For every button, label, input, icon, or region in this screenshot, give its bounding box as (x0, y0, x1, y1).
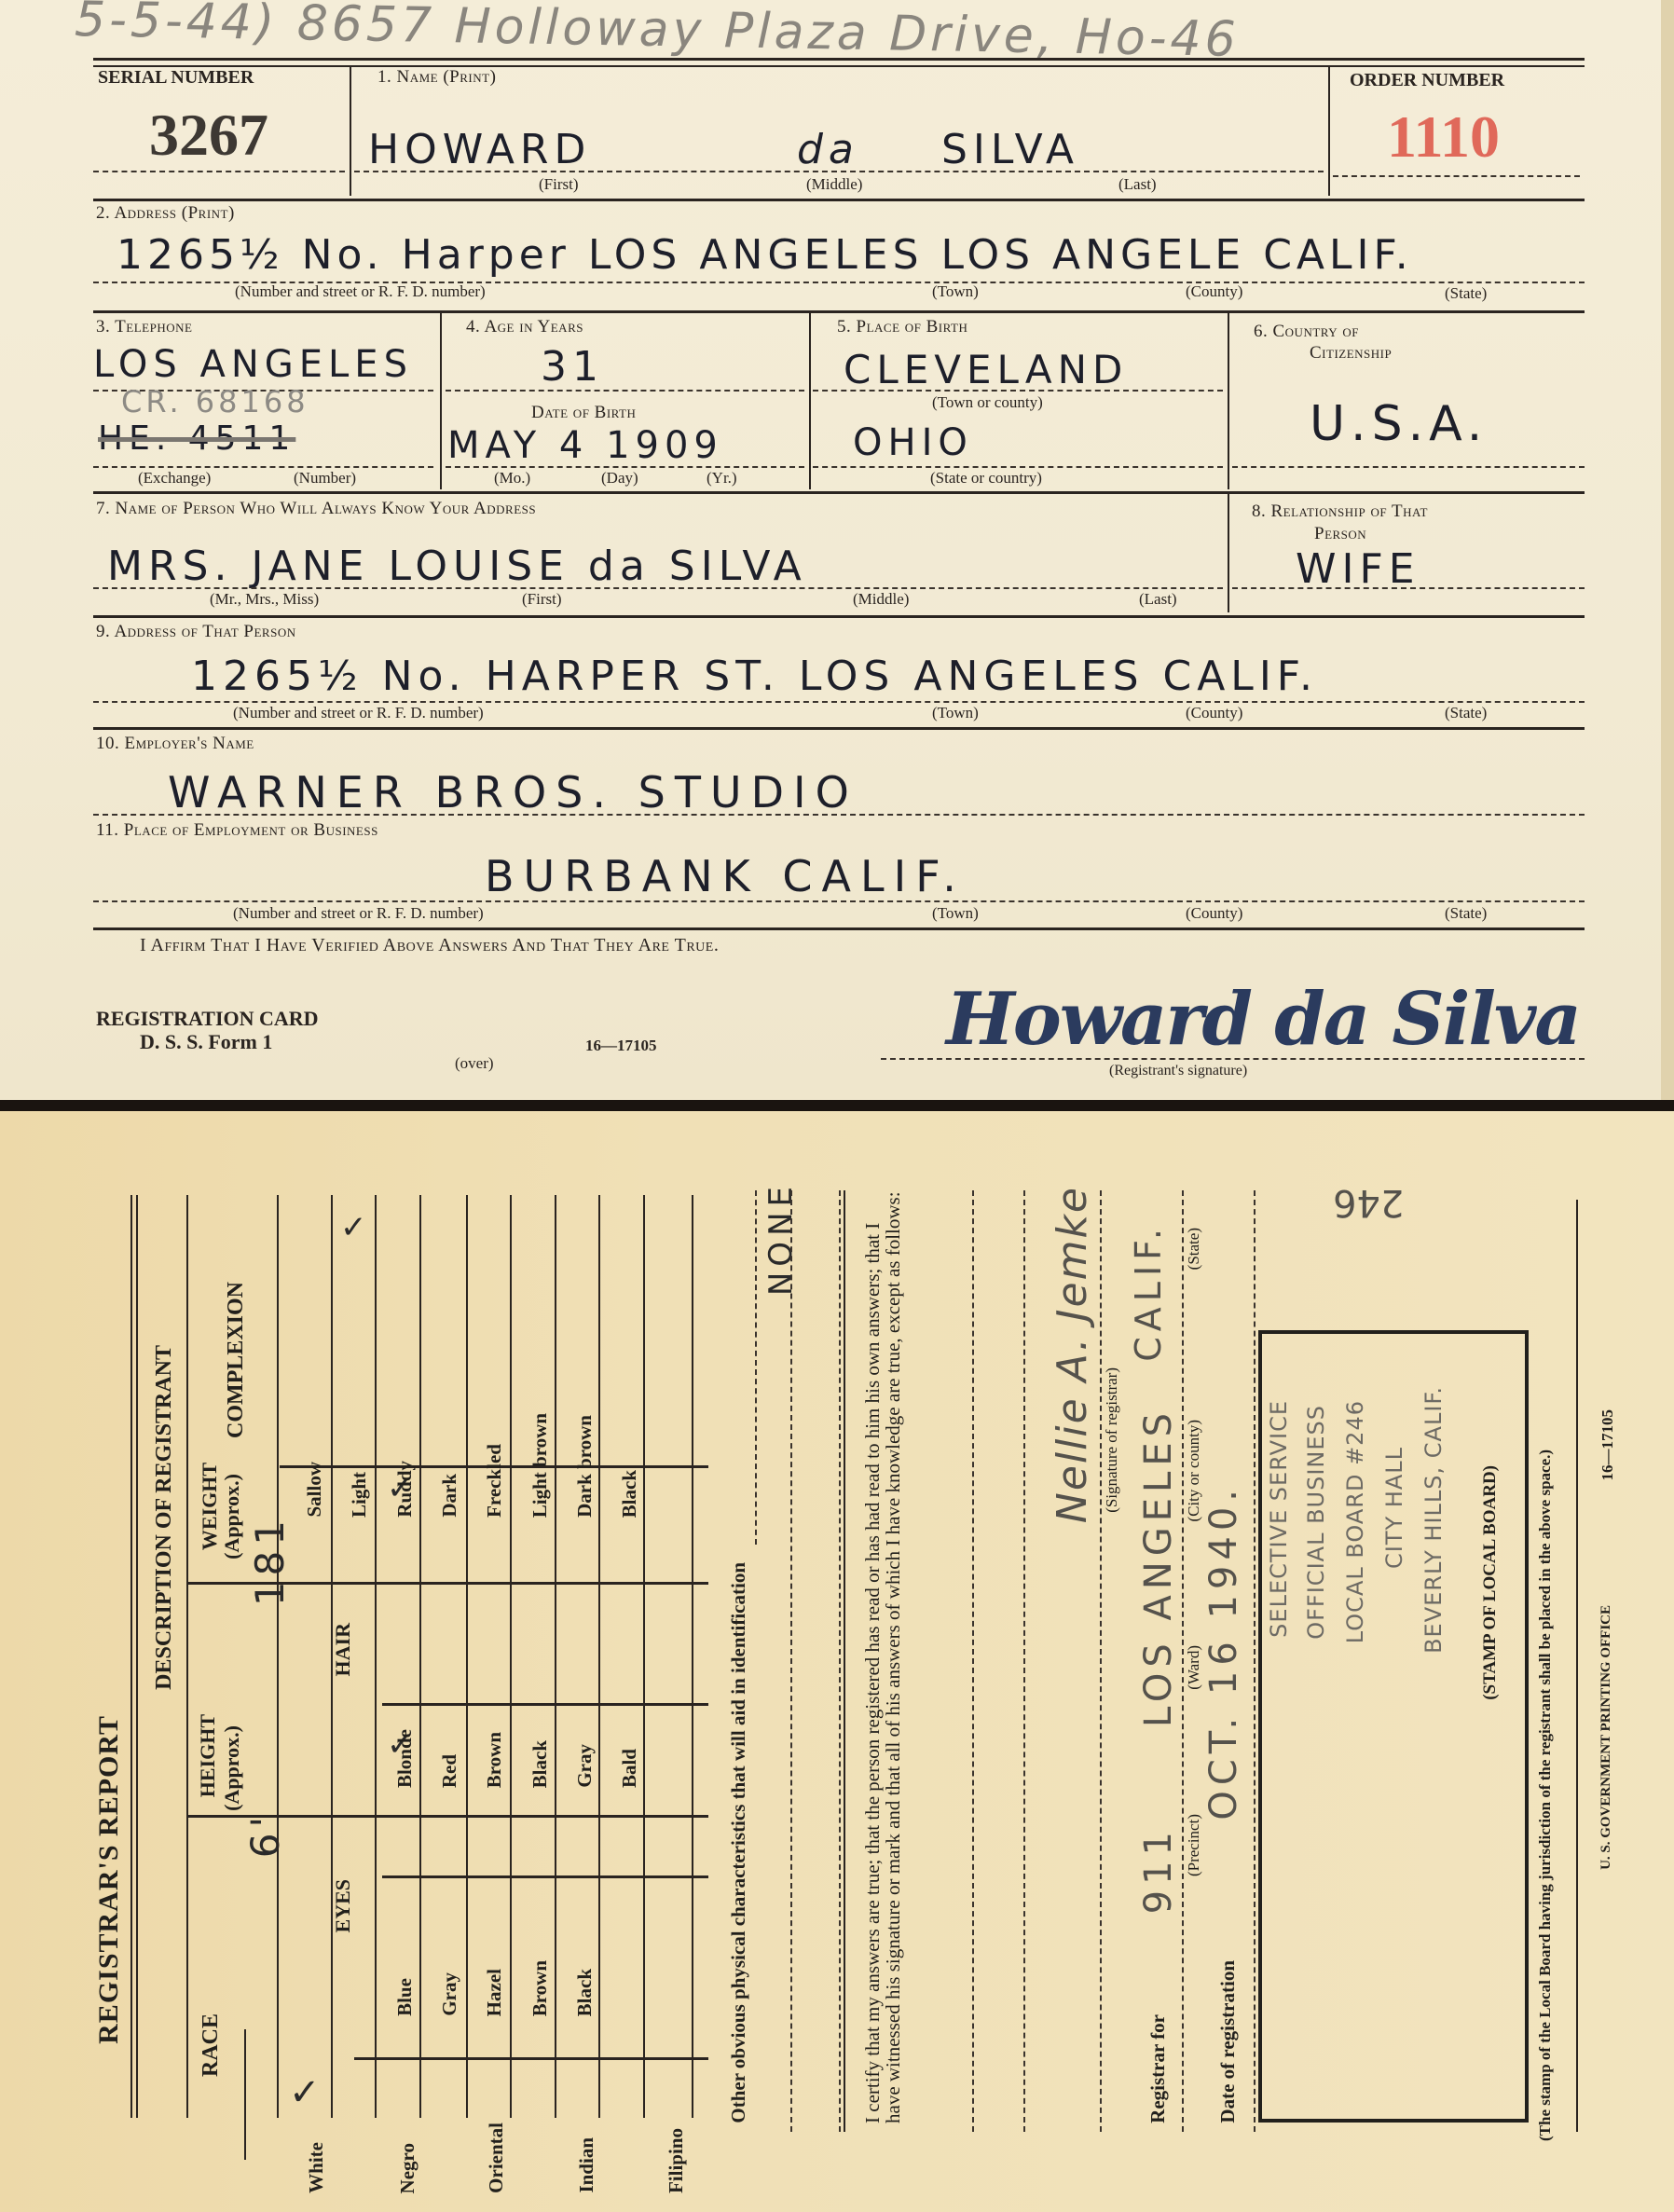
race-option-indian: Indian (575, 2137, 598, 2193)
telephone-underline-2 (93, 466, 433, 468)
rule (419, 1195, 421, 2118)
rule (382, 1875, 708, 1878)
registrar-for-label: Registrar for (1146, 2014, 1170, 2123)
height-value: 6' (242, 1811, 288, 1858)
citizenship-underline (1232, 466, 1585, 468)
birthplace-state: OHIO (853, 421, 973, 464)
number-sublabel: (Number) (294, 469, 356, 488)
ward-sublabel: (Ward) (1185, 1645, 1203, 1690)
street-sublabel: (Number and street or R. F. D. number) (233, 904, 484, 923)
order-number-label: ORDER NUMBER (1350, 70, 1504, 91)
form-title: REGISTRATION CARD (96, 1007, 319, 1031)
stamp-note: (The stamp of the Local Board having jur… (1536, 1330, 1581, 2141)
rule (186, 1195, 188, 2118)
stamp-line-2: OFFICIAL BUSINESS (1303, 1405, 1329, 1640)
complexion-option-light: Light (348, 1472, 371, 1518)
eyes-label: EYES (331, 1879, 355, 1932)
order-underline (1333, 175, 1580, 177)
age-label: 4. Age in Years (466, 317, 583, 337)
date-of-registration-value: OCT. 16 1940. (1202, 1484, 1245, 1820)
birthplace-town: CLEVELAND (844, 347, 1128, 392)
telephone-exchange: LOS ANGELES (93, 343, 413, 386)
birthplace-underline-2 (813, 466, 1223, 468)
weight-label-1: WEIGHT (198, 1463, 222, 1550)
age-underline (446, 390, 804, 392)
divider (1228, 312, 1229, 489)
complexion-option-freckled: Freckled (483, 1444, 506, 1518)
complexion-option-ruddy: Ruddy (393, 1461, 417, 1518)
precinct-value: 911 (1137, 1826, 1180, 1914)
state-value: CALIF. (1128, 1223, 1169, 1362)
dashed-line (839, 1190, 841, 2132)
eyes-option-black: Black (573, 1969, 597, 2016)
telephone-new-number: CR. 68168 (121, 384, 309, 419)
contact-address-underline (93, 701, 1585, 703)
rule (93, 491, 1585, 494)
employer-label: 10. Employer's Name (96, 734, 254, 754)
contact-address-label: 9. Address of That Person (96, 622, 296, 642)
hair-label: HAIR (331, 1623, 355, 1676)
stamp-line-5: BEVERLY HILLS, CALIF. (1420, 1386, 1447, 1654)
rule (1576, 1200, 1578, 2132)
middle-sublabel: (Middle) (853, 590, 909, 609)
dashed-line (972, 1190, 974, 2132)
age-value: 31 (541, 343, 604, 391)
other-characteristics-label: Other obvious physical characteristics t… (727, 1562, 750, 2123)
relationship-underline (1232, 587, 1585, 589)
stamp-line-3: LOCAL BOARD #246 (1342, 1400, 1368, 1643)
county-sublabel: (County) (1186, 282, 1242, 301)
eyes-option-blue: Blue (393, 1978, 417, 2016)
month-sublabel: (Mo.) (494, 469, 530, 488)
signature-line (1100, 1190, 1102, 2132)
rule (186, 1582, 708, 1585)
eyes-option-gray: Gray (438, 1972, 461, 2016)
race-label: RACE (199, 2013, 224, 2077)
hair-option-blonde: Blonde (393, 1729, 417, 1788)
state-sublabel: (State) (1445, 284, 1487, 303)
date-line (1254, 1190, 1255, 2132)
stamp-label: (STAMP OF LOCAL BOARD) (1480, 1465, 1501, 1700)
hair-option-gray: Gray (573, 1744, 597, 1788)
telephone-old-number: HE. 4511 (98, 419, 295, 458)
race-option-white: White (305, 2142, 328, 2193)
signature-sublabel: (Registrant's signature) (1109, 1063, 1247, 1079)
name-first: HOWARD (368, 126, 591, 173)
weight-value: 181 (247, 1515, 293, 1606)
stamp-line-1: SELECTIVE SERVICE (1266, 1400, 1292, 1638)
contact-address-value: 1265½ No. HARPER ST. LOS ANGELES CALIF. (191, 653, 1318, 700)
relationship-value: WIFE (1296, 545, 1420, 593)
precinct-sublabel: (Precinct) (1185, 1814, 1203, 1876)
order-number-value: 1110 (1387, 103, 1500, 172)
town-sublabel: (Town) (932, 904, 979, 923)
double-rule (130, 1195, 132, 2118)
first-sublabel: (First) (522, 590, 562, 609)
county-sublabel: (County) (1186, 904, 1242, 923)
rule (598, 1195, 600, 2118)
complexion-option-light-brown: Light brown (528, 1413, 552, 1518)
contact-value: MRS. JANE LOUISE da SILVA (107, 543, 807, 590)
front-print-code: 16—17105 (585, 1037, 657, 1055)
name-underline (354, 171, 1324, 172)
day-sublabel: (Day) (601, 469, 638, 488)
last-sublabel: (Last) (1118, 175, 1157, 194)
stamp-line-4: CITY HALL (1381, 1447, 1407, 1569)
contact-label: 7. Name of Person Who Will Always Know Y… (96, 499, 536, 519)
rule (555, 1195, 556, 2118)
double-rule (136, 1195, 138, 2118)
registration-card-back: REGISTRAR'S REPORT DESCRIPTION OF REGIST… (0, 1111, 1674, 2212)
dob-value: MAY 4 1909 (447, 424, 723, 467)
birthplace-underline-1 (813, 390, 1223, 392)
citizenship-value: U.S.A. (1310, 396, 1488, 452)
dob-label: Date of Birth (531, 403, 636, 423)
divider (350, 65, 351, 196)
county-sublabel: (County) (1186, 704, 1242, 722)
state-country-sublabel: (State or country) (930, 469, 1042, 488)
birthplace-label: 5. Place of Birth (837, 317, 967, 337)
state-sublabel: (State) (1445, 704, 1487, 722)
eyes-option-brown: Brown (528, 1960, 552, 2016)
race-check-mark: ✓ (289, 2071, 326, 2114)
relationship-label-1: 8. Relationship of That (1252, 501, 1428, 522)
complexion-option-sallow: Sallow (303, 1462, 326, 1518)
serial-number-label: SERIAL NUMBER (98, 67, 254, 89)
complexion-option-dark-brown: Dark brown (573, 1415, 597, 1518)
height-label: HEIGHT (198, 1714, 218, 1797)
over-note: (over) (455, 1054, 494, 1073)
rule (643, 1195, 645, 2118)
employment-place-underline (93, 900, 1585, 902)
complexion-option-black: Black (618, 1470, 641, 1518)
citizenship-label-2: Citizenship (1310, 343, 1392, 364)
description-title: DESCRIPTION OF REGISTRANT (152, 1345, 177, 1690)
title-sublabel: (Mr., Mrs., Miss) (210, 590, 319, 609)
race-option-oriental: Oriental (485, 2123, 508, 2193)
other-characteristics-line (755, 1190, 757, 1545)
name-label: 1. Name (Print) (377, 67, 496, 88)
rule (93, 199, 1585, 201)
state-sublabel: (State) (1185, 1228, 1203, 1270)
hair-option-brown: Brown (483, 1732, 506, 1788)
town-county-sublabel: (Town or county) (932, 393, 1043, 412)
dashed-line (790, 1190, 792, 2132)
other-characteristics-value: NONE (762, 1181, 800, 1296)
year-sublabel: (Yr.) (707, 469, 737, 488)
citizenship-label-1: 6. Country of (1254, 322, 1359, 342)
rule (844, 1190, 845, 2132)
rule (93, 727, 1585, 730)
contact-underline (93, 587, 1223, 589)
weight-label-2: (Approx.) (220, 1474, 244, 1559)
rule (382, 1703, 708, 1706)
city-value: LOS ANGELES (1137, 1408, 1180, 1727)
rule (186, 1815, 708, 1818)
back-print-code: 16—17105 (1599, 1409, 1617, 1481)
rule (510, 1195, 512, 2118)
top-rule-2 (93, 65, 1585, 67)
last-sublabel: (Last) (1139, 590, 1177, 609)
employer-underline (93, 814, 1585, 816)
first-sublabel: (First) (539, 175, 579, 194)
town-sublabel: (Town) (932, 282, 979, 301)
exchange-sublabel: (Exchange) (138, 469, 211, 488)
divider (1328, 65, 1330, 196)
serial-underline (93, 171, 345, 172)
race-option-filipino: Filipino (665, 2128, 688, 2193)
hair-option-black: Black (528, 1740, 552, 1788)
state-sublabel: (State) (1445, 904, 1487, 923)
top-rule (93, 58, 1585, 61)
relationship-label-2: Person (1314, 524, 1366, 544)
complexion-check-mark: ✓ (340, 1209, 373, 1246)
telephone-label: 3. Telephone (96, 317, 192, 337)
hair-option-bald: Bald (618, 1749, 641, 1788)
hair-option-red: Red (438, 1754, 461, 1788)
dashed-line (1023, 1190, 1025, 2132)
street-sublabel: (Number and street or R. F. D. number) (233, 704, 484, 722)
city-county-sublabel: (City or county) (1185, 1420, 1203, 1522)
date-of-registration-label: Date of registration (1216, 1960, 1240, 2123)
registrar-signature: Nellie A. Jemke (1049, 1186, 1096, 1523)
employment-place-value: BURBANK CALIF. (485, 851, 966, 901)
rule (93, 615, 1585, 618)
address-value: 1265½ No. Harper LOS ANGELES LOS ANGELE … (117, 231, 1413, 279)
registration-card-front: 5-5-44) 8657 Holloway Plaza Drive, Ho-46… (0, 0, 1674, 1100)
serial-number-value: 3267 (149, 101, 268, 170)
eyes-option-hazel: Hazel (483, 1969, 506, 2016)
rule (93, 310, 1585, 313)
name-middle: da (797, 126, 859, 173)
certification-text: I certify that my answers are true; that… (862, 1191, 946, 2123)
complexion-option-dark: Dark (438, 1474, 461, 1518)
divider (809, 312, 811, 489)
complexion-label: COMPLEXION (224, 1282, 249, 1438)
registrar-for-line (1182, 1190, 1184, 2132)
divider (440, 312, 442, 489)
height-label-1: HEIGHT (196, 1714, 219, 1797)
divider (1228, 491, 1229, 612)
height-label-2: (Approx.) (220, 1725, 244, 1811)
registrant-signature: Howard da Silva (946, 977, 1580, 1062)
registrar-signature-sublabel: (Signature of registrar) (1103, 1367, 1121, 1513)
signature-line (881, 1058, 1585, 1060)
rule (466, 1195, 468, 2118)
rule (93, 927, 1585, 930)
rule (244, 2029, 246, 2160)
race-option-negro: Negro (396, 2143, 419, 2193)
rule (277, 1195, 279, 2118)
registrars-report-title: REGISTRAR'S REPORT (93, 1715, 125, 2044)
dob-underline (446, 466, 804, 468)
rule (375, 1195, 377, 2118)
street-sublabel: (Number and street or R. F. D. number) (235, 282, 486, 301)
address-label: 2. Address (Print) (96, 203, 235, 224)
town-sublabel: (Town) (932, 704, 979, 722)
middle-sublabel: (Middle) (806, 175, 862, 194)
employer-value: WARNER BROS. STUDIO (168, 767, 858, 817)
form-id: D. S. S. Form 1 (140, 1030, 272, 1054)
board-number: 246 (1333, 1181, 1404, 1224)
printer-label: U. S. GOVERNMENT PRINTING OFFICE (1599, 1605, 1614, 1870)
rule (354, 2057, 708, 2060)
employment-place-label: 11. Place of Employment or Business (96, 820, 378, 841)
affirmation-text: I Affirm That I Have Verified Above Answ… (140, 935, 719, 956)
name-last: SILVA (941, 126, 1079, 173)
rule (692, 1195, 693, 2118)
